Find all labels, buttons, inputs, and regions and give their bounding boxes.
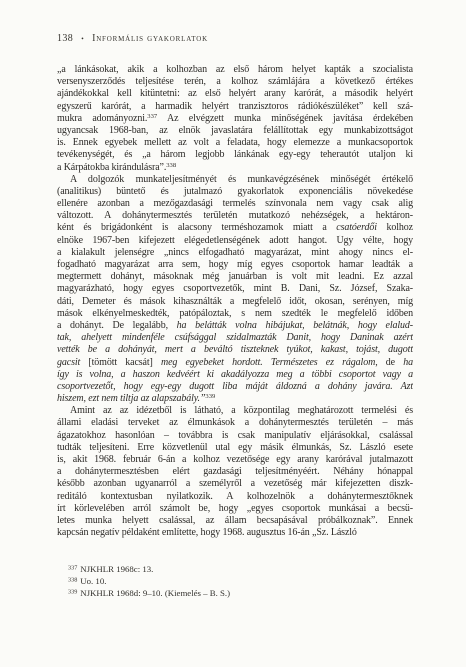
- text-line: ellenére azonban a mezőgazdasági termelé…: [57, 198, 413, 210]
- text-line: vették be a dohányát, mert a beváltó tis…: [57, 344, 413, 356]
- text-line: a Kárpátokba kirándulásra”.338: [57, 162, 413, 174]
- text-line: ugyancsak 1968-ban, az elnök javaslatára…: [57, 125, 413, 137]
- page-number: 138: [57, 33, 73, 44]
- text-line: tevékenységét, és „a három legjobb lánká…: [57, 149, 413, 161]
- text-segment: „a lánkásokat, akik a kolhozban az első …: [57, 64, 413, 75]
- text-segment: fogadható magyarázat arra sem, hogy míg …: [57, 259, 413, 270]
- text-segment: ellenére azonban a mezőgazdasági termelé…: [57, 198, 413, 209]
- text-line: később azonban ugyanarról a személyről a…: [57, 478, 413, 490]
- text-segment: elnöke 1967-ben kifejezett elégedetlensé…: [57, 235, 413, 246]
- text-segment: is, akit 1968. február 6-án a kolhoz vez…: [57, 454, 413, 465]
- text-segment: a kialakult jelenségre „nincs elfogadhat…: [57, 247, 413, 258]
- footnote-marker: 338: [166, 162, 176, 169]
- text-line: egyszerű karórát, a harmadik helyért tra…: [57, 101, 413, 113]
- text-line: a dohányt. De legalább, ha belátták voln…: [57, 320, 413, 332]
- header-separator-bullet: •: [81, 34, 84, 44]
- footnote-marker: 337: [68, 564, 77, 571]
- text-line: kapcsán negatív példaként említette, hog…: [57, 527, 413, 539]
- text-segment: , de: [375, 357, 403, 368]
- text-segment: állami eladási terveket az élmunkások a …: [57, 417, 413, 428]
- text-line: ajándékokkal kell kitüntetni: az első he…: [57, 88, 413, 100]
- italic-text-segment: hiszem, ezt nem tiltja az alapszabály.”: [57, 393, 205, 404]
- footnote: 338Uo. 10.: [57, 575, 413, 587]
- text-segment: tevékenységét, és „a három legjobb lánká…: [57, 149, 413, 160]
- text-segment: ként és brigádonként is alacsony termésh…: [57, 222, 336, 233]
- footnote: 337NJKHLR 1968c: 13.: [57, 563, 413, 575]
- page-header: 138 • Informális gyakorlatok: [57, 33, 413, 44]
- running-title: Informális gyakorlatok: [92, 33, 208, 44]
- text-line: (analitikus) büntető és jutalmazó gyakor…: [57, 186, 413, 198]
- text-segment: (analitikus) büntető és jutalmazó gyakor…: [57, 186, 413, 197]
- text-segment: kolhoz: [377, 222, 413, 233]
- text-line: A dolgozók munkateljesítményét és munkav…: [57, 174, 413, 186]
- text-line: „a lánkásokat, akik a kolhozban az első …: [57, 64, 413, 76]
- italic-text-segment: tak, ahelyett mindenféle csúfsággal szid…: [57, 332, 413, 343]
- text-line: fogadható magyarázat arra sem, hogy míg …: [57, 259, 413, 271]
- text-segment: ajándékokkal kell kitüntetni: az első he…: [57, 88, 413, 99]
- text-line: ágazatokhoz hasonlóan – továbbra is csak…: [57, 430, 413, 442]
- text-line: változott. A dohánytermesztés területén …: [57, 210, 413, 222]
- text-segment: ugyancsak 1968-ban, az elnök javaslatára…: [57, 125, 413, 136]
- text-line: tudták teljesíteni. Erre közvetlenül uta…: [57, 442, 413, 454]
- footnotes: 337NJKHLR 1968c: 13.338Uo. 10.339NJKHLR …: [57, 563, 413, 599]
- text-line: a kialakult jelenségre „nincs elfogadhat…: [57, 247, 413, 259]
- text-line: ként és brigádonként is alacsony termésh…: [57, 222, 413, 234]
- italic-text-segment: ha: [403, 357, 413, 368]
- text-segment: megtermett dohányt, másoknak még januárb…: [57, 271, 413, 282]
- text-line: dáti, Demeter és mások kihasználták a me…: [57, 296, 413, 308]
- text-segment: A dolgozók munkateljesítményét és munkav…: [70, 174, 413, 185]
- footnote-text: NJKHLR 1968d: 9–10. (Kiemelés – B. S.): [80, 588, 230, 598]
- text-segment: változott. A dohánytermesztés területén …: [57, 210, 413, 221]
- text-segment: Az elvégzett munka minőségének javítása …: [157, 113, 413, 124]
- paragraph: Amint az az idézetből is látható, a közp…: [57, 405, 413, 539]
- text-segment: egyszerű karórát, a harmadik helyért tra…: [57, 101, 413, 112]
- text-segment: is. Ennek egyebek mellett az volt a fela…: [57, 137, 413, 148]
- italic-text-segment: meg egyebeket hordott. Természetes ez rá…: [161, 357, 375, 368]
- text-segment: a Kárpátokba kirándulásra”.: [57, 162, 166, 173]
- text-line: letes munka helyett csalással, az állam …: [57, 515, 413, 527]
- italic-text-segment: így is volna, a haszon kedvéért ki akadá…: [57, 369, 413, 380]
- text-line: csoportvezetőt, hogy egy-egy dugott liba…: [57, 381, 413, 393]
- text-line: reditáló kontextusban nyilatkozik. A kol…: [57, 491, 413, 503]
- text-line: magyarázható, hogy egyes csoportvezetők,…: [57, 283, 413, 295]
- text-line: mások elkényelmeskedték, patópáloztak, s…: [57, 308, 413, 320]
- text-segment: a dohánytermesztésben elért gazdasági te…: [57, 466, 413, 477]
- footnote-marker: 337: [147, 113, 157, 120]
- text-segment: dáti, Demeter és mások kihasználták a me…: [57, 296, 413, 307]
- text-segment: versenyszerződés teljesítése terén, a ko…: [57, 76, 413, 87]
- italic-text-segment: csoportvezetőt, hogy egy-egy dugott liba…: [57, 381, 413, 392]
- text-line: megtermett dohányt, másoknak még januárb…: [57, 271, 413, 283]
- text-segment: később azonban ugyanarról a személyről a…: [57, 478, 413, 489]
- footnote-marker: 339: [205, 393, 215, 400]
- text-segment: tudták teljesíteni. Erre közvetlenül uta…: [57, 442, 413, 453]
- footnote-marker: 338: [68, 576, 77, 583]
- footnote-text: Uo. 10.: [80, 576, 106, 586]
- text-line: is, akit 1968. február 6-án a kolhoz vez…: [57, 454, 413, 466]
- text-line: írt körlevelében arról számolt be, hogy …: [57, 503, 413, 515]
- text-segment: magyarázható, hogy egyes csoportvezetők,…: [57, 283, 413, 294]
- text-segment: letes munka helyett csalással, az állam …: [57, 515, 413, 526]
- text-line: elnöke 1967-ben kifejezett elégedetlensé…: [57, 235, 413, 247]
- text-line: is. Ennek egyebek mellett az volt a fela…: [57, 137, 413, 149]
- italic-text-segment: csatóerdői: [336, 222, 377, 233]
- text-line: tak, ahelyett mindenféle csúfsággal szid…: [57, 332, 413, 344]
- text-line: a dohánytermesztésben elért gazdasági te…: [57, 466, 413, 478]
- text-line: gacsit [tömött kacsát] meg egyebeket hor…: [57, 357, 413, 369]
- text-segment: mukra adományozni.: [57, 113, 147, 124]
- italic-text-segment: ha belátták volna hibájukat, belátnák, h…: [177, 320, 413, 331]
- text-segment: Amint az az idézetből is látható, a közp…: [70, 405, 413, 416]
- text-line: versenyszerződés teljesítése terén, a ko…: [57, 76, 413, 88]
- text-line: állami eladási terveket az élmunkások a …: [57, 417, 413, 429]
- text-segment: ágazatokhoz hasonlóan – továbbra is csak…: [57, 430, 413, 441]
- italic-text-segment: vették be a dohányát, mert a beváltó tis…: [57, 344, 413, 355]
- book-page: 138 • Informális gyakorlatok „a lánkások…: [0, 0, 466, 667]
- footnote-text: NJKHLR 1968c: 13.: [80, 564, 153, 574]
- text-line: hiszem, ezt nem tiltja az alapszabály.”3…: [57, 393, 413, 405]
- text-segment: [tömött kacsát]: [88, 357, 161, 368]
- text-segment: írt körlevelében arról számolt be, hogy …: [57, 503, 413, 514]
- text-segment: mások elkényelmeskedték, patópáloztak, s…: [57, 308, 413, 319]
- footnote: 339NJKHLR 1968d: 9–10. (Kiemelés – B. S.…: [57, 587, 413, 599]
- text-segment: kapcsán negatív példaként említette, hog…: [57, 527, 357, 538]
- text-segment: reditáló kontextusban nyilatkozik. A kol…: [57, 491, 413, 502]
- text-line: így is volna, a haszon kedvéért ki akadá…: [57, 369, 413, 381]
- text-line: mukra adományozni.337 Az elvégzett munka…: [57, 113, 413, 125]
- footnote-marker: 339: [68, 588, 77, 595]
- body-text: „a lánkásokat, akik a kolhozban az első …: [57, 64, 413, 539]
- paragraph: A dolgozók munkateljesítményét és munkav…: [57, 174, 413, 406]
- italic-text-segment: gacsit: [57, 357, 88, 368]
- text-line: Amint az az idézetből is látható, a közp…: [57, 405, 413, 417]
- paragraph: „a lánkásokat, akik a kolhozban az első …: [57, 64, 413, 174]
- text-segment: a dohányt. De legalább,: [57, 320, 177, 331]
